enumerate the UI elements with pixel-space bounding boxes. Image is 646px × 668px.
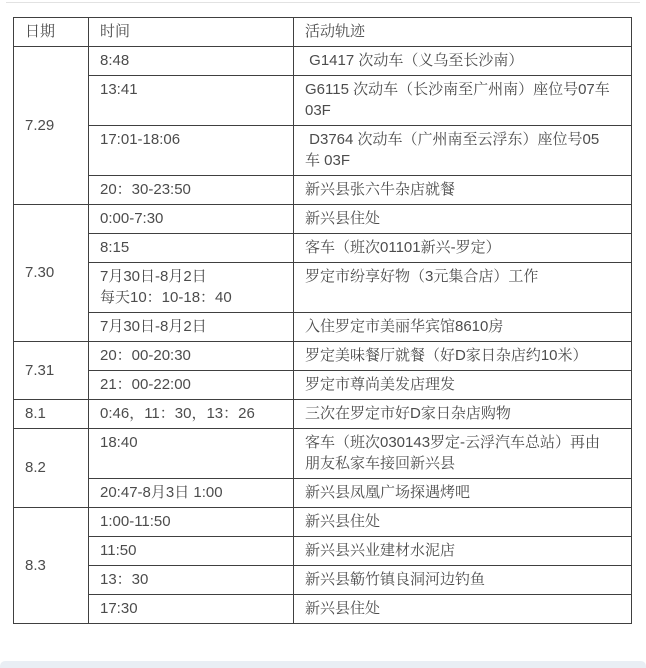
activity-cell: 新兴县住处	[294, 508, 632, 537]
itinerary-header: 日期 时间 活动轨迹	[14, 18, 632, 47]
time-cell: 8:15	[89, 234, 294, 263]
activity-cell: 三次在罗定市好D家日杂店购物	[294, 400, 632, 429]
date-cell: 8.3	[14, 508, 89, 624]
time-cell: 18:40	[89, 429, 294, 479]
time-cell: 20:47-8月3日 1:00	[89, 479, 294, 508]
time-cell: 13：30	[89, 566, 294, 595]
top-hairline-divider	[6, 2, 640, 3]
table-row: 8.10:46，11：30，13：26三次在罗定市好D家日杂店购物	[14, 400, 632, 429]
time-cell: 0:46，11：30，13：26	[89, 400, 294, 429]
bottom-bar	[0, 661, 646, 668]
table-row: 8.218:40客车（班次030143罗定-云浮汽车总站）再由 朋友私家车接回新…	[14, 429, 632, 479]
activity-cell: 新兴县住处	[294, 595, 632, 624]
table-row: 13:41G6115 次动车（长沙南至广州南）座位号07车 03F	[14, 76, 632, 126]
activity-cell: G1417 次动车（义乌至长沙南）	[294, 47, 632, 76]
itinerary-body: 7.298:48 G1417 次动车（义乌至长沙南）13:41G6115 次动车…	[14, 47, 632, 624]
header-date: 日期	[14, 18, 89, 47]
table-row: 20：30-23:50新兴县张六牛杂店就餐	[14, 176, 632, 205]
time-cell: 8:48	[89, 47, 294, 76]
table-row: 7月30日-8月2日入住罗定市美丽华宾馆8610房	[14, 313, 632, 342]
table-row: 7月30日-8月2日 每天10：10-18：40罗定市纷享好物（3元集合店）工作	[14, 263, 632, 313]
table-row: 17:01-18:06 D3764 次动车（广州南至云浮东）座位号05 车 03…	[14, 126, 632, 176]
time-cell: 20：00-20:30	[89, 342, 294, 371]
table-row: 7.298:48 G1417 次动车（义乌至长沙南）	[14, 47, 632, 76]
header-row: 日期 时间 活动轨迹	[14, 18, 632, 47]
activity-cell: 新兴县兴业建材水泥店	[294, 537, 632, 566]
activity-cell: 新兴县张六牛杂店就餐	[294, 176, 632, 205]
time-cell: 20：30-23:50	[89, 176, 294, 205]
time-cell: 21：00-22:00	[89, 371, 294, 400]
activity-cell: 新兴县簕竹镇良洞河边钓鱼	[294, 566, 632, 595]
header-time: 时间	[89, 18, 294, 47]
table-row: 17:30新兴县住处	[14, 595, 632, 624]
activity-cell: D3764 次动车（广州南至云浮东）座位号05 车 03F	[294, 126, 632, 176]
table-row: 8.31:00-11:50新兴县住处	[14, 508, 632, 537]
table-row: 7.3120：00-20:30罗定美味餐厅就餐（好D家日杂店约10米）	[14, 342, 632, 371]
activity-cell: 罗定美味餐厅就餐（好D家日杂店约10米）	[294, 342, 632, 371]
time-cell: 7月30日-8月2日 每天10：10-18：40	[89, 263, 294, 313]
activity-cell: 客车（班次030143罗定-云浮汽车总站）再由 朋友私家车接回新兴县	[294, 429, 632, 479]
activity-cell: 新兴县住处	[294, 205, 632, 234]
table-row: 13：30新兴县簕竹镇良洞河边钓鱼	[14, 566, 632, 595]
activity-cell: 新兴县凤凰广场探遇烤吧	[294, 479, 632, 508]
activity-cell: 罗定市尊尚美发店理发	[294, 371, 632, 400]
table-row: 20:47-8月3日 1:00新兴县凤凰广场探遇烤吧	[14, 479, 632, 508]
date-cell: 7.30	[14, 205, 89, 342]
activity-cell: 入住罗定市美丽华宾馆8610房	[294, 313, 632, 342]
time-cell: 0:00-7:30	[89, 205, 294, 234]
table-row: 11:50新兴县兴业建材水泥店	[14, 537, 632, 566]
time-cell: 11:50	[89, 537, 294, 566]
time-cell: 1:00-11:50	[89, 508, 294, 537]
date-cell: 7.29	[14, 47, 89, 205]
activity-cell: 罗定市纷享好物（3元集合店）工作	[294, 263, 632, 313]
time-cell: 13:41	[89, 76, 294, 126]
time-cell: 7月30日-8月2日	[89, 313, 294, 342]
table-row: 7.300:00-7:30新兴县住处	[14, 205, 632, 234]
date-cell: 8.1	[14, 400, 89, 429]
page: 日期 时间 活动轨迹 7.298:48 G1417 次动车（义乌至长沙南）13:…	[0, 0, 646, 668]
activity-cell: 客车（班次01101新兴-罗定）	[294, 234, 632, 263]
table-row: 21：00-22:00罗定市尊尚美发店理发	[14, 371, 632, 400]
time-cell: 17:30	[89, 595, 294, 624]
header-activity: 活动轨迹	[294, 18, 632, 47]
date-cell: 8.2	[14, 429, 89, 508]
date-cell: 7.31	[14, 342, 89, 400]
table-row: 8:15客车（班次01101新兴-罗定）	[14, 234, 632, 263]
time-cell: 17:01-18:06	[89, 126, 294, 176]
itinerary-table: 日期 时间 活动轨迹 7.298:48 G1417 次动车（义乌至长沙南）13:…	[13, 17, 632, 624]
activity-cell: G6115 次动车（长沙南至广州南）座位号07车 03F	[294, 76, 632, 126]
